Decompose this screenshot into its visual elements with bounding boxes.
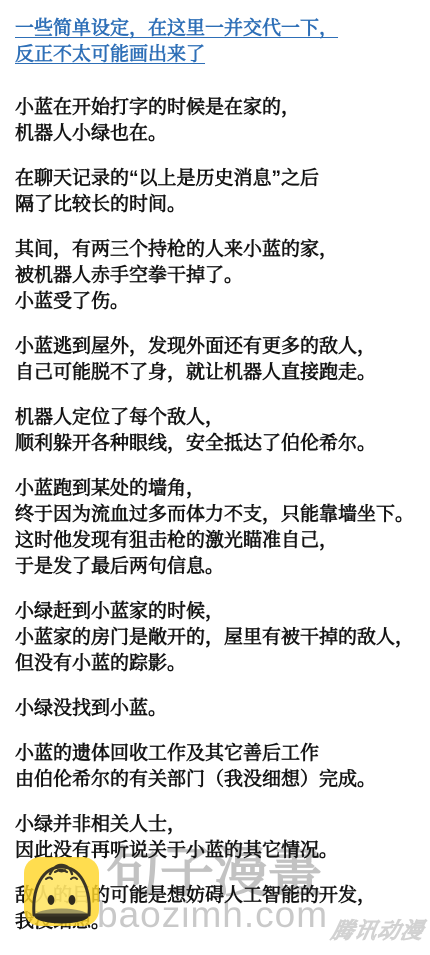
text-line: 小蓝的遗体回收工作及其它善后工作	[15, 741, 430, 767]
text-line: 于是发了最后两句信息。	[15, 554, 430, 580]
text-line: 顺利躲开各种眼线，安全抵达了伯伦希尔。	[15, 431, 430, 457]
paragraph: 小绿没找到小蓝。	[15, 696, 430, 722]
paragraph: 小蓝跑到某处的墙角， 终于因为流血过多而体力不支，只能靠墙坐下。 这时他发现有狙…	[15, 476, 430, 580]
text-line: 小绿并非相关人士，	[15, 812, 430, 838]
text-line: 小蓝跑到某处的墙角，	[15, 476, 430, 502]
story-text: 一些简单设定，在这里一并交代一下， 反正不太可能画出来了 小蓝在开始打字的时候是…	[0, 0, 430, 955]
text-line: 机器人小绿也在。	[15, 121, 430, 147]
paragraph: 其间，有两三个持枪的人来小蓝的家， 被机器人赤手空拳干掉了。 小蓝受了伤。	[15, 237, 430, 315]
text-line: 其间，有两三个持枪的人来小蓝的家，	[15, 237, 430, 263]
text-line: 自己可能脱不了身，就让机器人直接跑走。	[15, 360, 430, 386]
text-line: 隔了比较长的时间。	[15, 192, 430, 218]
text-line: 由伯伦希尔的有关部门（我没细想）完成。	[15, 767, 430, 793]
paragraph: 在聊天记录的“以上是历史消息”之后 隔了比较长的时间。	[15, 166, 430, 218]
text-line: 这时他发现有狙击枪的激光瞄准自己，	[15, 528, 430, 554]
header-link[interactable]: 一些简单设定，在这里一并交代一下， 反正不太可能画出来了	[15, 16, 430, 68]
text-line: 终于因为流血过多而体力不支，只能靠墙坐下。	[15, 502, 430, 528]
paragraph: 小蓝逃到屋外，发现外面还有更多的敌人， 自己可能脱不了身，就让机器人直接跑走。	[15, 334, 430, 386]
text-line: 但没有小蓝的踪影。	[15, 651, 430, 677]
header-link-line: 反正不太可能画出来了	[15, 42, 430, 68]
paragraph: 小蓝的遗体回收工作及其它善后工作 由伯伦希尔的有关部门（我没细想）完成。	[15, 741, 430, 793]
baozi-bun-icon	[24, 857, 99, 926]
paragraph: 小蓝在开始打字的时候是在家的， 机器人小绿也在。	[15, 95, 430, 147]
text-line: 被机器人赤手空拳干掉了。	[15, 263, 430, 289]
text-line: 小蓝家的房门是敞开的，屋里有被干掉的敌人，	[15, 625, 430, 651]
paragraph: 机器人定位了每个敌人， 顺利躲开各种眼线，安全抵达了伯伦希尔。	[15, 405, 430, 457]
text-line: 小绿没找到小蓝。	[15, 696, 430, 722]
text-line: 小绿赶到小蓝家的时候，	[15, 599, 430, 625]
text-line: 小蓝逃到屋外，发现外面还有更多的敌人，	[15, 334, 430, 360]
text-line: 在聊天记录的“以上是历史消息”之后	[15, 166, 430, 192]
paragraph: 小绿赶到小蓝家的时候， 小蓝家的房门是敞开的，屋里有被干掉的敌人， 但没有小蓝的…	[15, 599, 430, 677]
header-link-line: 一些简单设定，在这里一并交代一下，	[15, 16, 430, 42]
text-line: 机器人定位了每个敌人，	[15, 405, 430, 431]
text-line: 小蓝在开始打字的时候是在家的，	[15, 95, 430, 121]
comic-text-page: 句子漫畫 baozimh.com 腾讯动漫 一些简单设定，在这里一并交代一下， …	[0, 0, 430, 955]
text-line: 小蓝受了伤。	[15, 289, 430, 315]
